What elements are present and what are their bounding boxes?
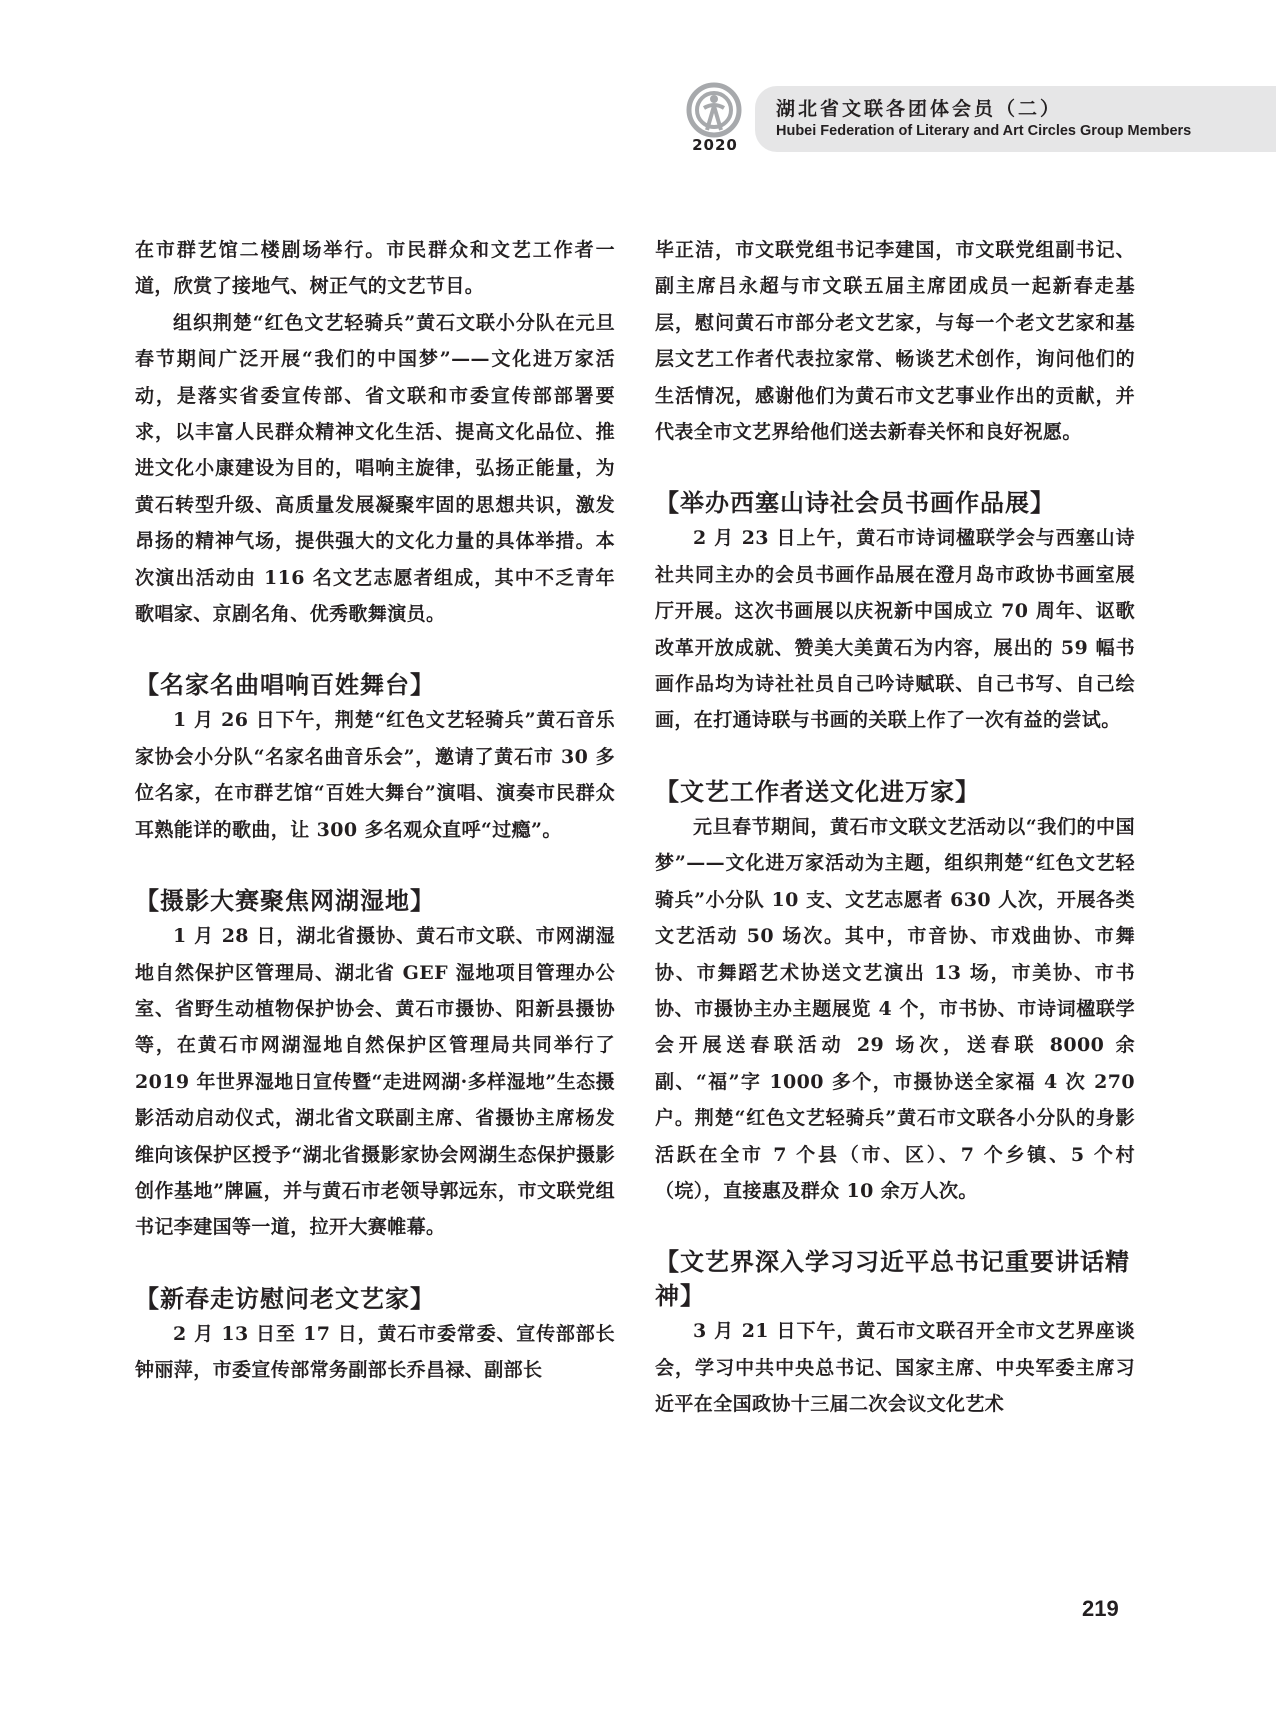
paragraph: 1 月 28 日，湖北省摄协、黄石市文联、市网湖湿地自然保护区管理局、湖北省 G… (135, 918, 615, 1246)
paragraph: 1 月 26 日下午，荆楚“红色文艺轻骑兵”黄石音乐家协会小分队“名家名曲音乐会… (135, 702, 615, 848)
left-column: 在市群艺馆二楼剧场举行。市民群众和文艺工作者一道，欣赏了接地气、树正气的文艺节目… (135, 232, 615, 1389)
paragraph: 2 月 23 日上午，黄石市诗词楹联学会与西塞山诗社共同主办的会员书画作品展在澄… (655, 520, 1135, 738)
header-banner: 湖北省文联各团体会员（二） Hubei Federation of Litera… (755, 86, 1276, 152)
header-title-cn: 湖北省文联各团体会员（二） (776, 94, 1062, 121)
paragraph: 在市群艺馆二楼剧场举行。市民群众和文艺工作者一道，欣赏了接地气、树正气的文艺节目… (135, 232, 615, 305)
hubei-federation-emblem-icon (686, 82, 742, 138)
paragraph: 2 月 13 日至 17 日，黄石市委常委、宣传部部长钟丽萍，市委宣传部常务副部… (135, 1316, 615, 1389)
paragraph: 组织荆楚“红色文艺轻骑兵”黄石文联小分队在元旦春节期间广泛开展“我们的中国梦”—… (135, 305, 615, 633)
section-heading: 【文艺界深入学习习近平总书记重要讲话精神】 (655, 1245, 1135, 1313)
paragraph: 3 月 21 日下午，黄石市文联召开全市文艺界座谈会，学习中共中央总书记、国家主… (655, 1313, 1135, 1422)
right-column: 毕正洁，市文联党组书记李建国，市文联党组副书记、副主席吕永超与市文联五届主席团成… (655, 232, 1135, 1423)
header-title-en: Hubei Federation of Literary and Art Cir… (776, 123, 1191, 139)
paragraph: 元旦春节期间，黄石市文联文艺活动以“我们的中国梦”——文化进万家活动为主题，组织… (655, 809, 1135, 1209)
section-heading: 【名家名曲唱响百姓舞台】 (135, 668, 615, 702)
section-heading: 【新春走访慰问老文艺家】 (135, 1282, 615, 1316)
page-header: 2020 湖北省文联各团体会员（二） Hubei Federation of L… (0, 0, 1276, 170)
section-heading: 【文艺工作者送文化进万家】 (655, 775, 1135, 809)
section-heading: 【摄影大赛聚焦网湖湿地】 (135, 884, 615, 918)
logo-year: 2020 (684, 136, 746, 154)
paragraph: 毕正洁，市文联党组书记李建国，市文联党组副书记、副主席吕永超与市文联五届主席团成… (655, 232, 1135, 450)
section-heading: 【举办西塞山诗社会员书画作品展】 (655, 486, 1135, 520)
page-number: 219 (1082, 1596, 1119, 1622)
